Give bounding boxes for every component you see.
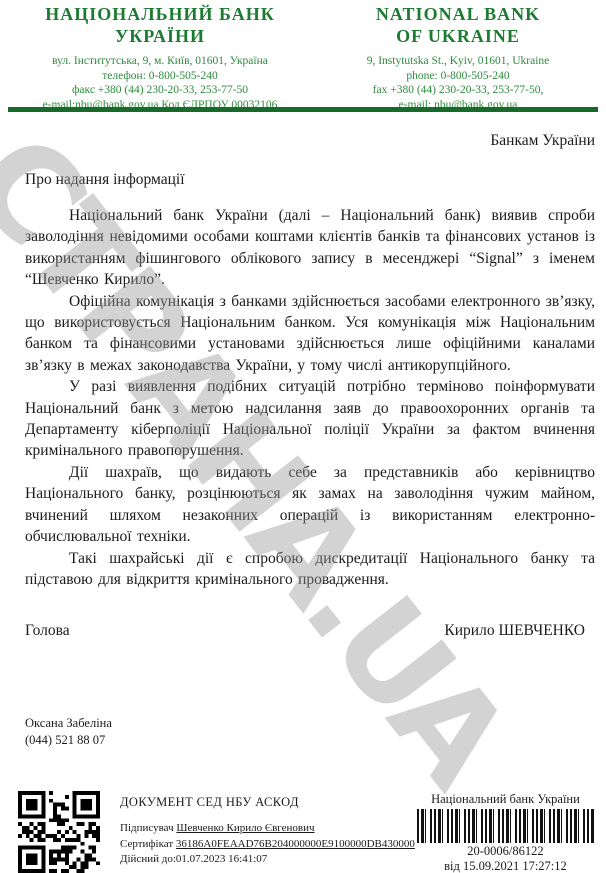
body-paragraph: У разі виявлення подібних ситуацій потрі… [25,376,595,462]
registration-block: Національний банк України 20-0006/86122 … [415,791,596,873]
qr-code [18,791,100,873]
bank-title-ua-line2: УКРАЇНИ [0,25,320,47]
registration-number: 20-0006/86122 [415,844,596,859]
body-paragraph: Офіційна комунікація з банками здійснюєт… [25,291,595,377]
executor-phone: (044) 521 88 07 [25,732,112,749]
body-paragraph: Національний банк України (далі – Націон… [25,205,595,291]
footer: ДОКУМЕНТ СЕД НБУ АСКОД Підписувач Шевчен… [18,791,596,873]
sed-title: ДОКУМЕНТ СЕД НБУ АСКОД [120,795,415,810]
bank-header-en: NATIONAL BANK OF UKRAINE 9, Instytutska … [320,3,596,112]
executor-block: Оксана Забеліна (044) 521 88 07 [25,715,112,749]
signer-line: Підписувач Шевченко Кирило Євгенович [120,821,415,837]
header-divider-rule [8,107,598,112]
recipient-line: Банкам України [490,132,595,150]
fax-line: факс +380 (44) 230-20-33, 253-77-50 [0,83,320,98]
bank-title-en: NATIONAL BANK OF UKRAINE [320,3,596,47]
registration-org: Національний банк України [415,792,596,807]
phone-line: phone: 0-800-505-240 [320,69,596,84]
signature-row: Голова Кирило ШЕВЧЕНКО [25,622,585,640]
valid-label: Дійсний до: [120,853,176,865]
address-line: 9, Instytutska St., Kyiv, 01601, Ukraine [320,54,596,69]
signature-name: Кирило ШЕВЧЕНКО [444,622,585,640]
cert-label: Сертифікат [120,838,176,850]
cert-value: 36186A0FEAAD76B204000000E9100000DB430000 [176,838,415,850]
bank-address-en: 9, Instytutska St., Kyiv, 01601, Ukraine… [320,54,596,112]
body-paragraph: Такі шахрайські дії є спробою дискредита… [25,548,595,591]
letter-body: Національний банк України (далі – Націон… [25,205,595,590]
bank-title-ua: НАЦІОНАЛЬНИЙ БАНК УКРАЇНИ [0,3,320,47]
document-page: СТРАНА.UA НАЦІОНАЛЬНИЙ БАНК УКРАЇНИ вул.… [0,0,606,873]
bank-header: НАЦІОНАЛЬНИЙ БАНК УКРАЇНИ вул. Інститутс… [0,3,606,112]
subject-line: Про надання інформації [25,171,185,189]
fax-line: fax +380 (44) 230-20-33, 253-77-50, [320,83,596,98]
bank-address-ua: вул. Інститутська, 9, м. Київ, 01601, Ук… [0,54,320,112]
valid-line: Дійсний до:01.07.2023 16:41:07 [120,852,415,868]
sed-block: ДОКУМЕНТ СЕД НБУ АСКОД Підписувач Шевчен… [120,791,415,868]
signer-label: Підписувач [120,822,176,834]
body-paragraph: Дії шахраїв, що видають себе за представ… [25,462,595,548]
signature-role: Голова [25,622,70,640]
executor-name: Оксана Забеліна [25,715,112,732]
valid-value: 01.07.2023 16:41:07 [176,853,267,865]
barcode [417,809,594,843]
bank-title-ua-line1: НАЦІОНАЛЬНИЙ БАНК [0,3,320,25]
signer-name: Шевченко Кирило Євгенович [176,822,314,834]
bank-header-ua: НАЦІОНАЛЬНИЙ БАНК УКРАЇНИ вул. Інститутс… [0,3,320,112]
phone-line: телефон: 0-800-505-240 [0,69,320,84]
address-line: вул. Інститутська, 9, м. Київ, 01601, Ук… [0,54,320,69]
cert-line: Сертифікат 36186A0FEAAD76B204000000E9100… [120,837,415,853]
registration-date: від 15.09.2021 17:27:12 [415,859,596,873]
bank-title-en-line1: NATIONAL BANK [320,3,596,25]
bank-title-en-line2: OF UKRAINE [320,25,596,47]
